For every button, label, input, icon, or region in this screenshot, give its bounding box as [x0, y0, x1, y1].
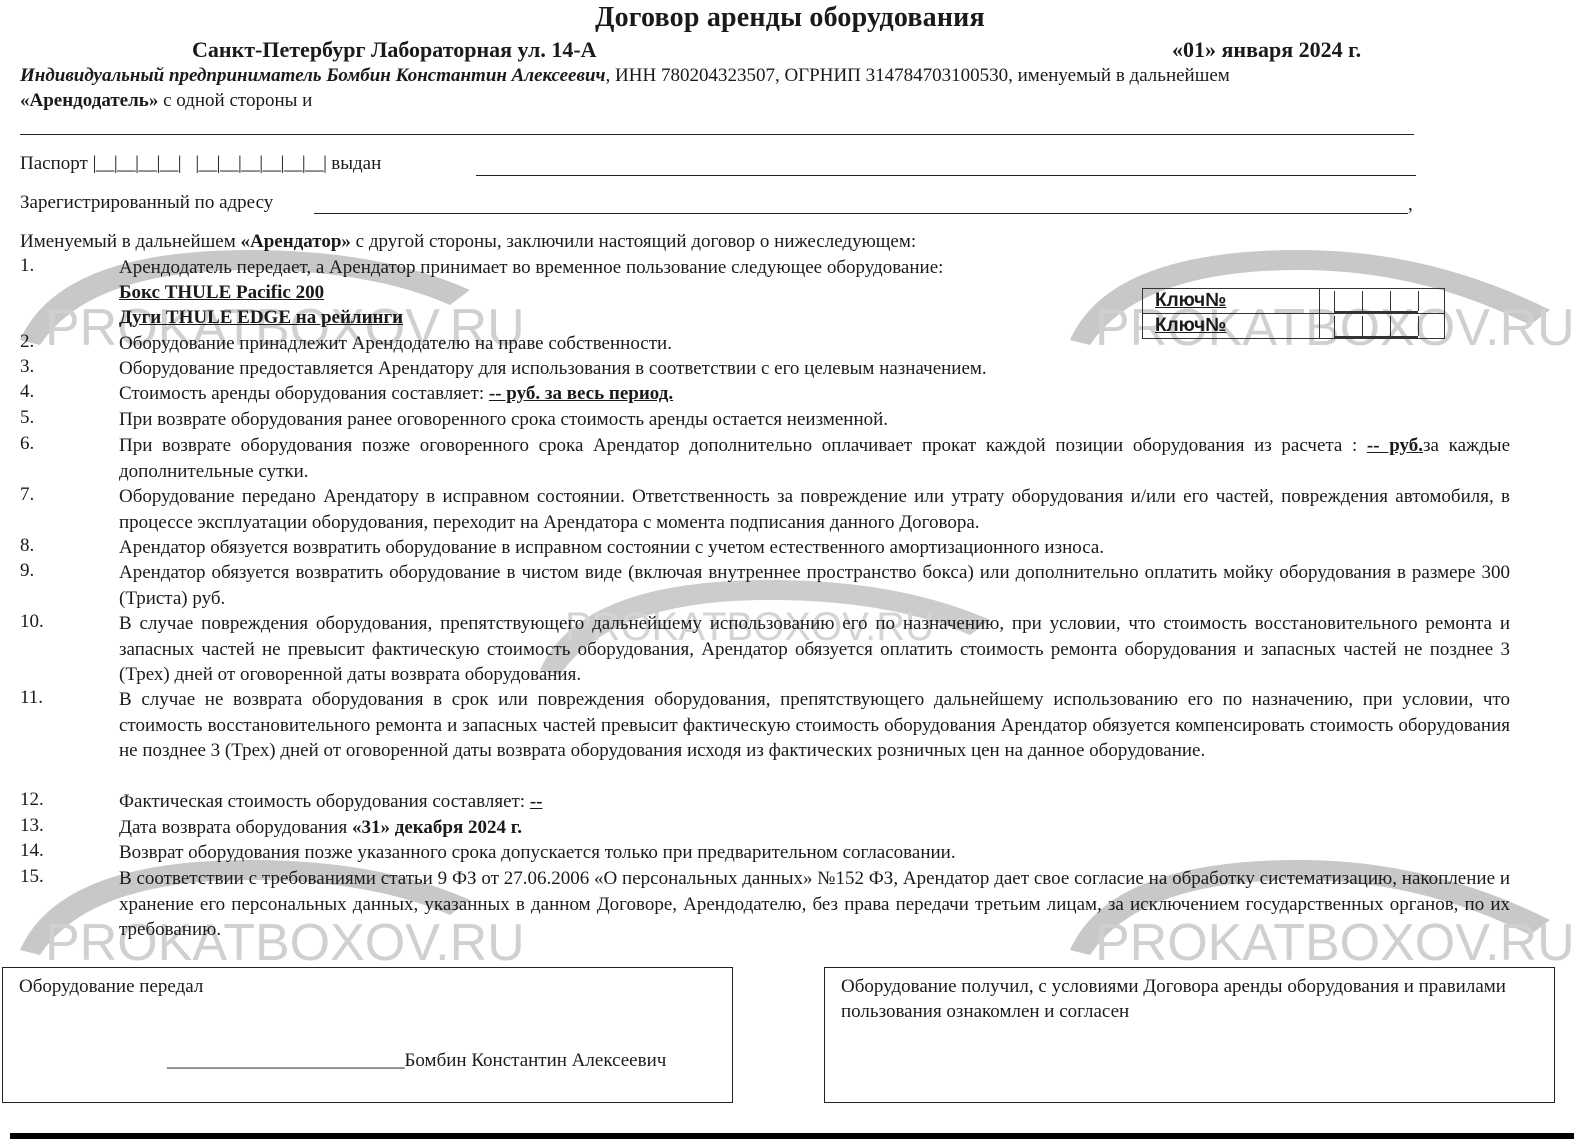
- return-date: «31» декабря 2024 г.: [352, 817, 522, 838]
- passport-number-field[interactable]: |__|__|__|__|__|__|: [195, 153, 326, 174]
- clause-number: 14.: [20, 840, 44, 862]
- landlord-intro: Индивидуальный предприниматель Бомбин Ко…: [20, 63, 1510, 113]
- clause-number: 13.: [20, 815, 44, 837]
- equipment-item: Бокс THULE Pacific 200: [119, 280, 324, 305]
- clause-text: Стоимость аренды оборудования составляет…: [119, 381, 1510, 407]
- clause-text-main: При возврате оборудования позже оговорен…: [119, 435, 1367, 456]
- clause-text: Арендатор обязуется возвратить оборудова…: [119, 560, 1510, 611]
- signature-title: Оборудование передал: [19, 974, 699, 999]
- city-address: Санкт-Петербург Лабораторная ул. 14-А: [192, 37, 597, 63]
- landlord-signature-line[interactable]: _________________________Бомбин Констант…: [167, 1050, 666, 1072]
- document-title: Договор аренды оборудования: [0, 2, 1574, 34]
- equipment-item: Дуги THULE EDGE на рейлинги: [119, 305, 403, 330]
- signature-box-landlord: Оборудование передал ___________________…: [2, 967, 733, 1103]
- clause-text: Фактическая стоимость оборудования соста…: [119, 789, 1510, 815]
- clause-number: 9.: [20, 560, 34, 582]
- signature-box-tenant[interactable]: Оборудование получил, с условиями Догово…: [824, 967, 1555, 1103]
- signature-title: Оборудование получил, с условиями Догово…: [841, 974, 1521, 1024]
- key-label: Ключ№: [1143, 289, 1320, 314]
- tenant-name-field[interactable]: [20, 134, 1414, 135]
- clause-number: 2.: [20, 331, 34, 353]
- landlord-details: , ИНН 780204323507, ОГРНИП 3147847031005…: [606, 65, 1230, 86]
- address-trailing-comma: ,: [1408, 194, 1413, 216]
- clause-number: 7.: [20, 484, 34, 506]
- clause-text-main: Стоимость аренды оборудования составляет…: [119, 383, 489, 404]
- clause-number: 11.: [20, 687, 43, 709]
- clause-text: В случае не возврата оборудования в срок…: [119, 687, 1510, 764]
- tenant-intro: Именуемый в дальнейшем «Арендатор» с дру…: [20, 229, 916, 254]
- clause-text: Арендодатель передает, а Арендатор прини…: [119, 255, 1510, 281]
- contract-page: Договор аренды оборудования Санкт-Петерб…: [0, 0, 1574, 1143]
- clause-text: В случае повреждения оборудования, препя…: [119, 611, 1510, 688]
- passport-issued-field[interactable]: [476, 175, 1416, 176]
- clause-number: 4.: [20, 381, 34, 403]
- passport-row: Паспорт |__|__|__|__| |__|__|__|__|__|__…: [20, 153, 381, 175]
- keys-row: Ключ№: [1143, 289, 1445, 314]
- clause-number: 6.: [20, 433, 34, 455]
- landlord-role-suffix: с одной стороны и: [158, 90, 312, 111]
- clause-number: 5.: [20, 407, 34, 429]
- bottom-rule: [10, 1133, 1574, 1139]
- clause-text: Возврат оборудования позже указанного ср…: [119, 840, 1510, 866]
- landlord-signatory-name: ___Бомбин Константин Алексеевич: [376, 1050, 666, 1071]
- clause-number: 12.: [20, 789, 44, 811]
- daily-overdue-price: -- руб.: [1367, 435, 1423, 456]
- passport-label: Паспорт: [20, 153, 88, 174]
- landlord-name: Индивидуальный предприниматель Бомбин Ко…: [20, 65, 606, 86]
- clause-number: 10.: [20, 611, 44, 633]
- address-label: Зарегистрированный по адресу: [20, 192, 273, 214]
- tenant-intro-prefix: Именуемый в дальнейшем: [20, 231, 240, 252]
- clause-text: При возврате оборудования ранее оговорен…: [119, 407, 1510, 433]
- clause-text: В соответствии с требованиями статьи 9 Ф…: [119, 866, 1510, 943]
- clause-text: Оборудование принадлежит Арендодателю на…: [119, 331, 1510, 357]
- clause-number: 8.: [20, 535, 34, 557]
- actual-equipment-cost: --: [530, 791, 543, 812]
- passport-series-field[interactable]: |__|__|__|__|: [93, 153, 182, 174]
- clause-text-main: Дата возврата оборудования: [119, 817, 352, 838]
- clause-text: Арендатор обязуется возвратить оборудова…: [119, 535, 1510, 561]
- clause-number: 15.: [20, 866, 44, 888]
- clause-number: 1.: [20, 255, 34, 277]
- address-field[interactable]: [314, 213, 1408, 214]
- clause-text: Оборудование передано Арендатору в испра…: [119, 484, 1510, 535]
- contract-date: «01» января 2024 г.: [1172, 37, 1361, 63]
- landlord-role: «Арендодатель»: [20, 90, 158, 111]
- clause-text: Дата возврата оборудования «31» декабря …: [119, 815, 1510, 841]
- clause-text: Оборудование предоставляется Арендатору …: [119, 356, 1510, 382]
- clause-number: 3.: [20, 356, 34, 378]
- clause-text: При возврате оборудования позже оговорен…: [119, 433, 1510, 484]
- clause-text-main: Фактическая стоимость оборудования соста…: [119, 791, 530, 812]
- signature-blank: ______________________: [167, 1050, 376, 1071]
- tenant-intro-suffix: с другой стороны, заключили настоящий до…: [351, 231, 916, 252]
- key-number-field[interactable]: [1320, 289, 1445, 314]
- tenant-role: «Арендатор»: [240, 231, 350, 252]
- rental-price: -- руб. за весь период.: [489, 383, 673, 404]
- issued-label: выдан: [331, 153, 381, 174]
